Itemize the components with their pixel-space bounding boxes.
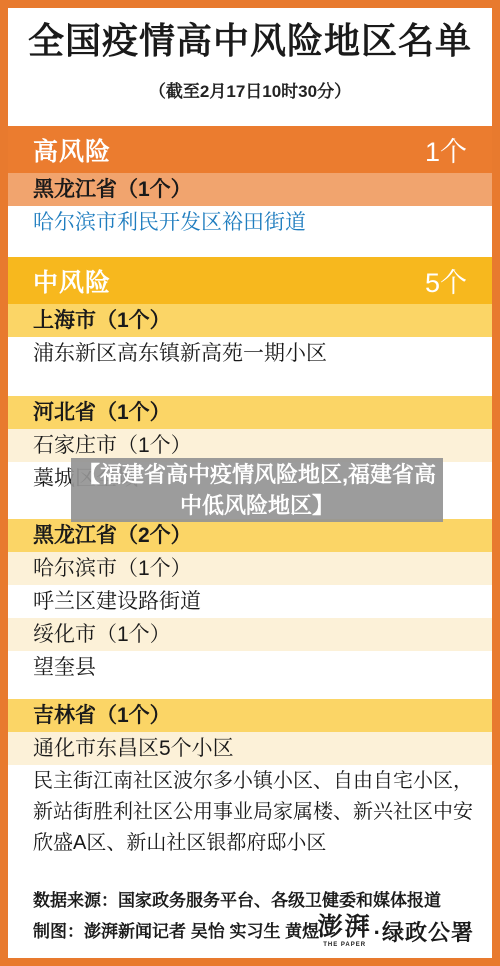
province-row: 上海市（1个）: [8, 304, 492, 337]
footer: 数据来源：国家政务服务平台、各级卫健委和媒体报道 制图：澎湃新闻记者 吴怡 实习…: [8, 863, 492, 943]
infographic-frame: 全国疫情高中风险地区名单 （截至2月17日10时30分） 高风险1个黑龙江省（1…: [0, 0, 500, 966]
province-row: 黑龙江省（1个）: [8, 173, 492, 206]
province-group: 吉林省（1个）通化市东昌区5个小区民主街江南社区波尔多小镇小区、自由自宅小区，新…: [8, 699, 492, 863]
section-gap: [8, 370, 492, 396]
area-row: 呼兰区建设路街道: [8, 585, 492, 618]
section-count: 5个: [425, 261, 467, 300]
section-count: 1个: [425, 130, 467, 169]
province-group: 黑龙江省（2个）哈尔滨市（1个）呼兰区建设路街道绥化市（1个）望奎县: [8, 519, 492, 684]
logo-brand-stack: 澎湃 THE PAPER: [318, 915, 372, 948]
logo-brand-cn: 澎湃: [318, 915, 372, 940]
watermark-line1: 【福建省高中疫情风险地区,福建省高: [73, 459, 441, 490]
data-source-text: 数据来源：国家政务服务平台、各级卫健委和媒体报道: [33, 891, 467, 911]
province-group: 黑龙江省（1个）哈尔滨市利民开发区裕田街道: [8, 173, 492, 239]
area-row: 浦东新区高东镇新高苑一期小区: [8, 337, 492, 370]
watermark-line2: 中低风险地区】: [73, 490, 441, 521]
city-row: 通化市东昌区5个小区: [8, 732, 492, 765]
logo-suffix: ·绿政公署: [374, 916, 474, 947]
section-header-high: 高风险1个: [8, 126, 492, 173]
province-row: 吉林省（1个）: [8, 699, 492, 732]
page-subtitle: （截至2月17日10时30分）: [8, 77, 492, 102]
page-title: 全国疫情高中风险地区名单: [8, 21, 492, 61]
area-link-row[interactable]: 哈尔滨市利民开发区裕田街道: [8, 206, 492, 239]
province-group: 上海市（1个）浦东新区高东镇新高苑一期小区: [8, 304, 492, 370]
city-row: 绥化市（1个）: [8, 618, 492, 651]
section-gap: [8, 684, 492, 699]
logo-brand-en: THE PAPER: [323, 942, 366, 948]
province-row: 河北省（1个）: [8, 396, 492, 429]
section-gap: [8, 239, 492, 257]
area-row: 民主街江南社区波尔多小镇小区、自由自宅小区，新站街胜利社区公用事业局家属楼、新兴…: [8, 765, 492, 863]
area-row: 望奎县: [8, 651, 492, 684]
title-block: 全国疫情高中风险地区名单 （截至2月17日10时30分）: [8, 8, 492, 126]
section-label: 中风险: [33, 263, 111, 299]
province-row: 黑龙江省（2个）: [8, 519, 492, 552]
section-header-medium: 中风险5个: [8, 257, 492, 304]
thepaper-logo: 澎湃 THE PAPER ·绿政公署: [318, 915, 474, 948]
watermark-overlay: 【福建省高中疫情风险地区,福建省高 中低风险地区】: [71, 458, 443, 522]
city-row: 哈尔滨市（1个）: [8, 552, 492, 585]
section-label: 高风险: [33, 132, 111, 168]
